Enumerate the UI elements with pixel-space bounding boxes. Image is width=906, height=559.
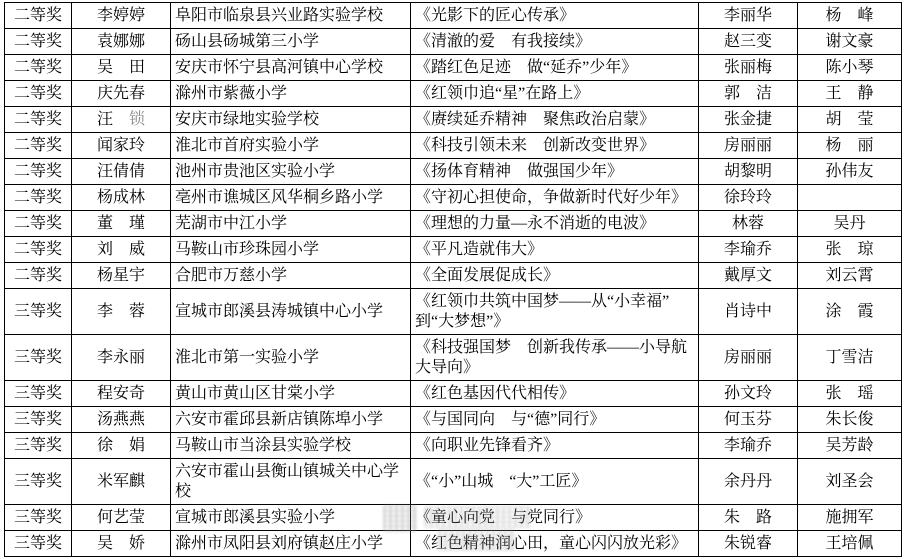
table-row: 三等奖汤燕燕六安市霍邱县新店镇陈埠小学《与国同向 与“德”同行》何玉芬朱长俊 bbox=[5, 407, 902, 433]
cell-title: 《与国同向 与“德”同行》 bbox=[411, 407, 699, 433]
cell-title: 《红领巾追“星”在路上》 bbox=[411, 81, 699, 107]
cell-award: 二等奖 bbox=[5, 55, 72, 81]
cell-award: 三等奖 bbox=[5, 407, 72, 433]
cell-teacher1: 赵三变 bbox=[699, 29, 798, 55]
cell-title: 《赓续延乔精神 聚焦政治启蒙》 bbox=[411, 107, 699, 133]
cell-teacher2: 刘圣会 bbox=[798, 459, 902, 505]
cell-name: 汪倩倩 bbox=[72, 159, 171, 185]
cell-teacher2: 杨 峰 bbox=[798, 3, 902, 29]
table-row: 三等奖李永丽淮北市第一实验小学《科技强国梦 创新我传承——小导航 大导向》房丽丽… bbox=[5, 335, 902, 381]
cell-teacher1: 朱 路 bbox=[699, 505, 798, 531]
cell-teacher1: 胡黎明 bbox=[699, 159, 798, 185]
cell-teacher1: 林蓉 bbox=[699, 211, 798, 237]
cell-teacher2: 谢文豪 bbox=[798, 29, 902, 55]
cell-school: 马鞍山市当涂县实验学校 bbox=[171, 433, 411, 459]
cell-teacher1: 房丽丽 bbox=[699, 133, 798, 159]
cell-teacher1: 李丽华 bbox=[699, 3, 798, 29]
cell-award: 三等奖 bbox=[5, 505, 72, 531]
table-row: 二等奖庆先春滁州市紫薇小学《红领巾追“星”在路上》郭 洁王 静 bbox=[5, 81, 902, 107]
cell-name: 吴 田 bbox=[72, 55, 171, 81]
cell-teacher1: 何玉芬 bbox=[699, 407, 798, 433]
table-row: 二等奖李婷婷阜阳市临泉县兴业路实验学校《光影下的匠心传承》李丽华杨 峰 bbox=[5, 3, 902, 29]
cell-name: 李永丽 bbox=[72, 335, 171, 381]
award-list-page: 二等奖李婷婷阜阳市临泉县兴业路实验学校《光影下的匠心传承》李丽华杨 峰二等奖袁娜… bbox=[0, 2, 906, 559]
cell-name: 杨星宇 bbox=[72, 263, 171, 289]
cell-name: 米军麒 bbox=[72, 459, 171, 505]
cell-teacher1: 肖诗中 bbox=[699, 289, 798, 335]
cell-teacher1: 张金捷 bbox=[699, 107, 798, 133]
cell-school: 六安市霍山县衡山镇城关中心学 校 bbox=[171, 459, 411, 505]
cell-award: 三等奖 bbox=[5, 381, 72, 407]
cell-teacher1: 郭 洁 bbox=[699, 81, 798, 107]
cell-title: 《科技引领未来 创新改变世界》 bbox=[411, 133, 699, 159]
cell-school: 砀山县砀城第三小学 bbox=[171, 29, 411, 55]
cell-name: 刘 威 bbox=[72, 237, 171, 263]
cell-teacher2: 陈小琴 bbox=[798, 55, 902, 81]
cell-award: 二等奖 bbox=[5, 159, 72, 185]
cell-title: 《平凡造就伟大》 bbox=[411, 237, 699, 263]
cell-teacher1: 余丹丹 bbox=[699, 459, 798, 505]
cell-teacher1: 张丽梅 bbox=[699, 55, 798, 81]
cell-name: 董 瑾 bbox=[72, 211, 171, 237]
table-row: 二等奖汪 锁安庆市绿地实验学校《赓续延乔精神 聚焦政治启蒙》张金捷胡 莹 bbox=[5, 107, 902, 133]
cell-award: 二等奖 bbox=[5, 81, 72, 107]
cell-school: 黄山市黄山区甘棠小学 bbox=[171, 381, 411, 407]
name-text: 汪 bbox=[97, 111, 129, 128]
table-row: 三等奖米军麒六安市霍山县衡山镇城关中心学 校《“小”山城 “大”工匠》余丹丹刘圣… bbox=[5, 459, 902, 505]
cell-school: 芜湖市中江小学 bbox=[171, 211, 411, 237]
cell-title: 《红色基因代代相传》 bbox=[411, 381, 699, 407]
cell-award: 二等奖 bbox=[5, 237, 72, 263]
cell-teacher1: 房丽丽 bbox=[699, 335, 798, 381]
cell-teacher1: 李瑜乔 bbox=[699, 433, 798, 459]
cell-school: 六安市霍邱县新店镇陈埠小学 bbox=[171, 407, 411, 433]
cell-school: 安庆市绿地实验学校 bbox=[171, 107, 411, 133]
table-row: 二等奖袁娜娜砀山县砀城第三小学《清澈的爱 有我接续》赵三变谢文豪 bbox=[5, 29, 902, 55]
table-row: 二等奖杨星宇合肥市万慈小学《全面发展促成长》戴厚文刘云霄 bbox=[5, 263, 902, 289]
award-table-body: 二等奖李婷婷阜阳市临泉县兴业路实验学校《光影下的匠心传承》李丽华杨 峰二等奖袁娜… bbox=[5, 3, 902, 557]
cell-title: 《守初心担使命，争做新时代好少年》 bbox=[411, 185, 699, 211]
cell-teacher2: 胡 莹 bbox=[798, 107, 902, 133]
cell-title: 《光影下的匠心传承》 bbox=[411, 3, 699, 29]
cell-name: 庆先春 bbox=[72, 81, 171, 107]
cell-name: 李 蓉 bbox=[72, 289, 171, 335]
cell-title: 《扬体育精神 做强国少年》 bbox=[411, 159, 699, 185]
table-row: 二等奖吴 田安庆市怀宁县高河镇中心学校《踏红色足迹 做“延乔”少年》张丽梅陈小琴 bbox=[5, 55, 902, 81]
cell-title: 《童心向党 与党同行》 bbox=[411, 505, 699, 531]
cell-name: 何艺莹 bbox=[72, 505, 171, 531]
cell-award: 三等奖 bbox=[5, 289, 72, 335]
cell-teacher2: 王培佩 bbox=[798, 531, 902, 557]
cell-title: 《红领巾共筑中国梦——从“小幸福” 到“大梦想”》 bbox=[411, 289, 699, 335]
cell-teacher2: 涂 霞 bbox=[798, 289, 902, 335]
cell-teacher2: 孙伟友 bbox=[798, 159, 902, 185]
cell-award: 三等奖 bbox=[5, 335, 72, 381]
cell-school: 合肥市万慈小学 bbox=[171, 263, 411, 289]
cell-teacher2: 吴丹 bbox=[798, 211, 902, 237]
cell-award: 二等奖 bbox=[5, 29, 72, 55]
table-row: 三等奖李 蓉宣城市郎溪县涛城镇中心小学《红领巾共筑中国梦——从“小幸福” 到“大… bbox=[5, 289, 902, 335]
table-row: 三等奖何艺莹宣城市郎溪县实验小学《童心向党 与党同行》朱 路施拥军 bbox=[5, 505, 902, 531]
cell-name: 徐 娟 bbox=[72, 433, 171, 459]
cell-school: 安庆市怀宁县高河镇中心学校 bbox=[171, 55, 411, 81]
cell-title: 《清澈的爱 有我接续》 bbox=[411, 29, 699, 55]
cell-award: 二等奖 bbox=[5, 133, 72, 159]
cell-name: 李婷婷 bbox=[72, 3, 171, 29]
table-row: 三等奖吴 娇滁州市凤阳县刘府镇赵庄小学《红色精神润心田，童心闪闪放光彩》朱锐睿王… bbox=[5, 531, 902, 557]
cell-name: 吴 娇 bbox=[72, 531, 171, 557]
cell-teacher1: 李瑜乔 bbox=[699, 237, 798, 263]
cell-award: 二等奖 bbox=[5, 3, 72, 29]
cell-title: 《向职业先锋看齐》 bbox=[411, 433, 699, 459]
cell-title: 《红色精神润心田，童心闪闪放光彩》 bbox=[411, 531, 699, 557]
cell-school: 淮北市第一实验小学 bbox=[171, 335, 411, 381]
cell-school: 淮北市首府实验小学 bbox=[171, 133, 411, 159]
cell-school: 马鞍山市珍珠园小学 bbox=[171, 237, 411, 263]
name-text-muted: 锁 bbox=[129, 111, 145, 128]
table-row: 二等奖杨成林亳州市谯城区风华桐乡路小学《守初心担使命，争做新时代好少年》徐玲玲 bbox=[5, 185, 902, 211]
cell-school: 阜阳市临泉县兴业路实验学校 bbox=[171, 3, 411, 29]
award-results-table: 二等奖李婷婷阜阳市临泉县兴业路实验学校《光影下的匠心传承》李丽华杨 峰二等奖袁娜… bbox=[4, 2, 902, 557]
cell-award: 二等奖 bbox=[5, 263, 72, 289]
cell-name: 杨成林 bbox=[72, 185, 171, 211]
cell-name: 袁娜娜 bbox=[72, 29, 171, 55]
cell-teacher2: 王 静 bbox=[798, 81, 902, 107]
cell-title: 《全面发展促成长》 bbox=[411, 263, 699, 289]
cell-name: 闻家玲 bbox=[72, 133, 171, 159]
cell-teacher2: 施拥军 bbox=[798, 505, 902, 531]
cell-teacher1: 徐玲玲 bbox=[699, 185, 798, 211]
cell-teacher2: 张 琼 bbox=[798, 237, 902, 263]
table-row: 三等奖徐 娟马鞍山市当涂县实验学校《向职业先锋看齐》李瑜乔吴芳龄 bbox=[5, 433, 902, 459]
cell-award: 二等奖 bbox=[5, 107, 72, 133]
cell-teacher2: 张 瑶 bbox=[798, 381, 902, 407]
cell-title: 《踏红色足迹 做“延乔”少年》 bbox=[411, 55, 699, 81]
cell-title: 《“小”山城 “大”工匠》 bbox=[411, 459, 699, 505]
table-row: 二等奖闻家玲淮北市首府实验小学《科技引领未来 创新改变世界》房丽丽杨 丽 bbox=[5, 133, 902, 159]
cell-school: 滁州市凤阳县刘府镇赵庄小学 bbox=[171, 531, 411, 557]
cell-name: 程安奇 bbox=[72, 381, 171, 407]
cell-name: 汤燕燕 bbox=[72, 407, 171, 433]
cell-teacher2: 刘云霄 bbox=[798, 263, 902, 289]
cell-teacher2: 朱长俊 bbox=[798, 407, 902, 433]
cell-teacher2: 丁雪洁 bbox=[798, 335, 902, 381]
cell-award: 三等奖 bbox=[5, 531, 72, 557]
cell-teacher1: 孙文玲 bbox=[699, 381, 798, 407]
cell-teacher1: 朱锐睿 bbox=[699, 531, 798, 557]
cell-name: 汪 锁 bbox=[72, 107, 171, 133]
cell-school: 池州市贵池区实验小学 bbox=[171, 159, 411, 185]
table-row: 二等奖刘 威马鞍山市珍珠园小学《平凡造就伟大》李瑜乔张 琼 bbox=[5, 237, 902, 263]
cell-teacher2: 吴芳龄 bbox=[798, 433, 902, 459]
cell-award: 三等奖 bbox=[5, 433, 72, 459]
cell-award: 二等奖 bbox=[5, 211, 72, 237]
cell-title: 《科技强国梦 创新我传承——小导航 大导向》 bbox=[411, 335, 699, 381]
cell-school: 滁州市紫薇小学 bbox=[171, 81, 411, 107]
cell-school: 宣城市郎溪县涛城镇中心小学 bbox=[171, 289, 411, 335]
cell-award: 二等奖 bbox=[5, 185, 72, 211]
cell-award: 三等奖 bbox=[5, 459, 72, 505]
cell-teacher2: 杨 丽 bbox=[798, 133, 902, 159]
table-row: 二等奖董 瑾芜湖市中江小学《理想的力量—永不消逝的电波》林蓉吴丹 bbox=[5, 211, 902, 237]
table-row: 三等奖程安奇黄山市黄山区甘棠小学《红色基因代代相传》孙文玲张 瑶 bbox=[5, 381, 902, 407]
table-row: 二等奖汪倩倩池州市贵池区实验小学《扬体育精神 做强国少年》胡黎明孙伟友 bbox=[5, 159, 902, 185]
cell-title: 《理想的力量—永不消逝的电波》 bbox=[411, 211, 699, 237]
cell-school: 宣城市郎溪县实验小学 bbox=[171, 505, 411, 531]
cell-teacher2 bbox=[798, 185, 902, 211]
cell-teacher1: 戴厚文 bbox=[699, 263, 798, 289]
cell-school: 亳州市谯城区风华桐乡路小学 bbox=[171, 185, 411, 211]
